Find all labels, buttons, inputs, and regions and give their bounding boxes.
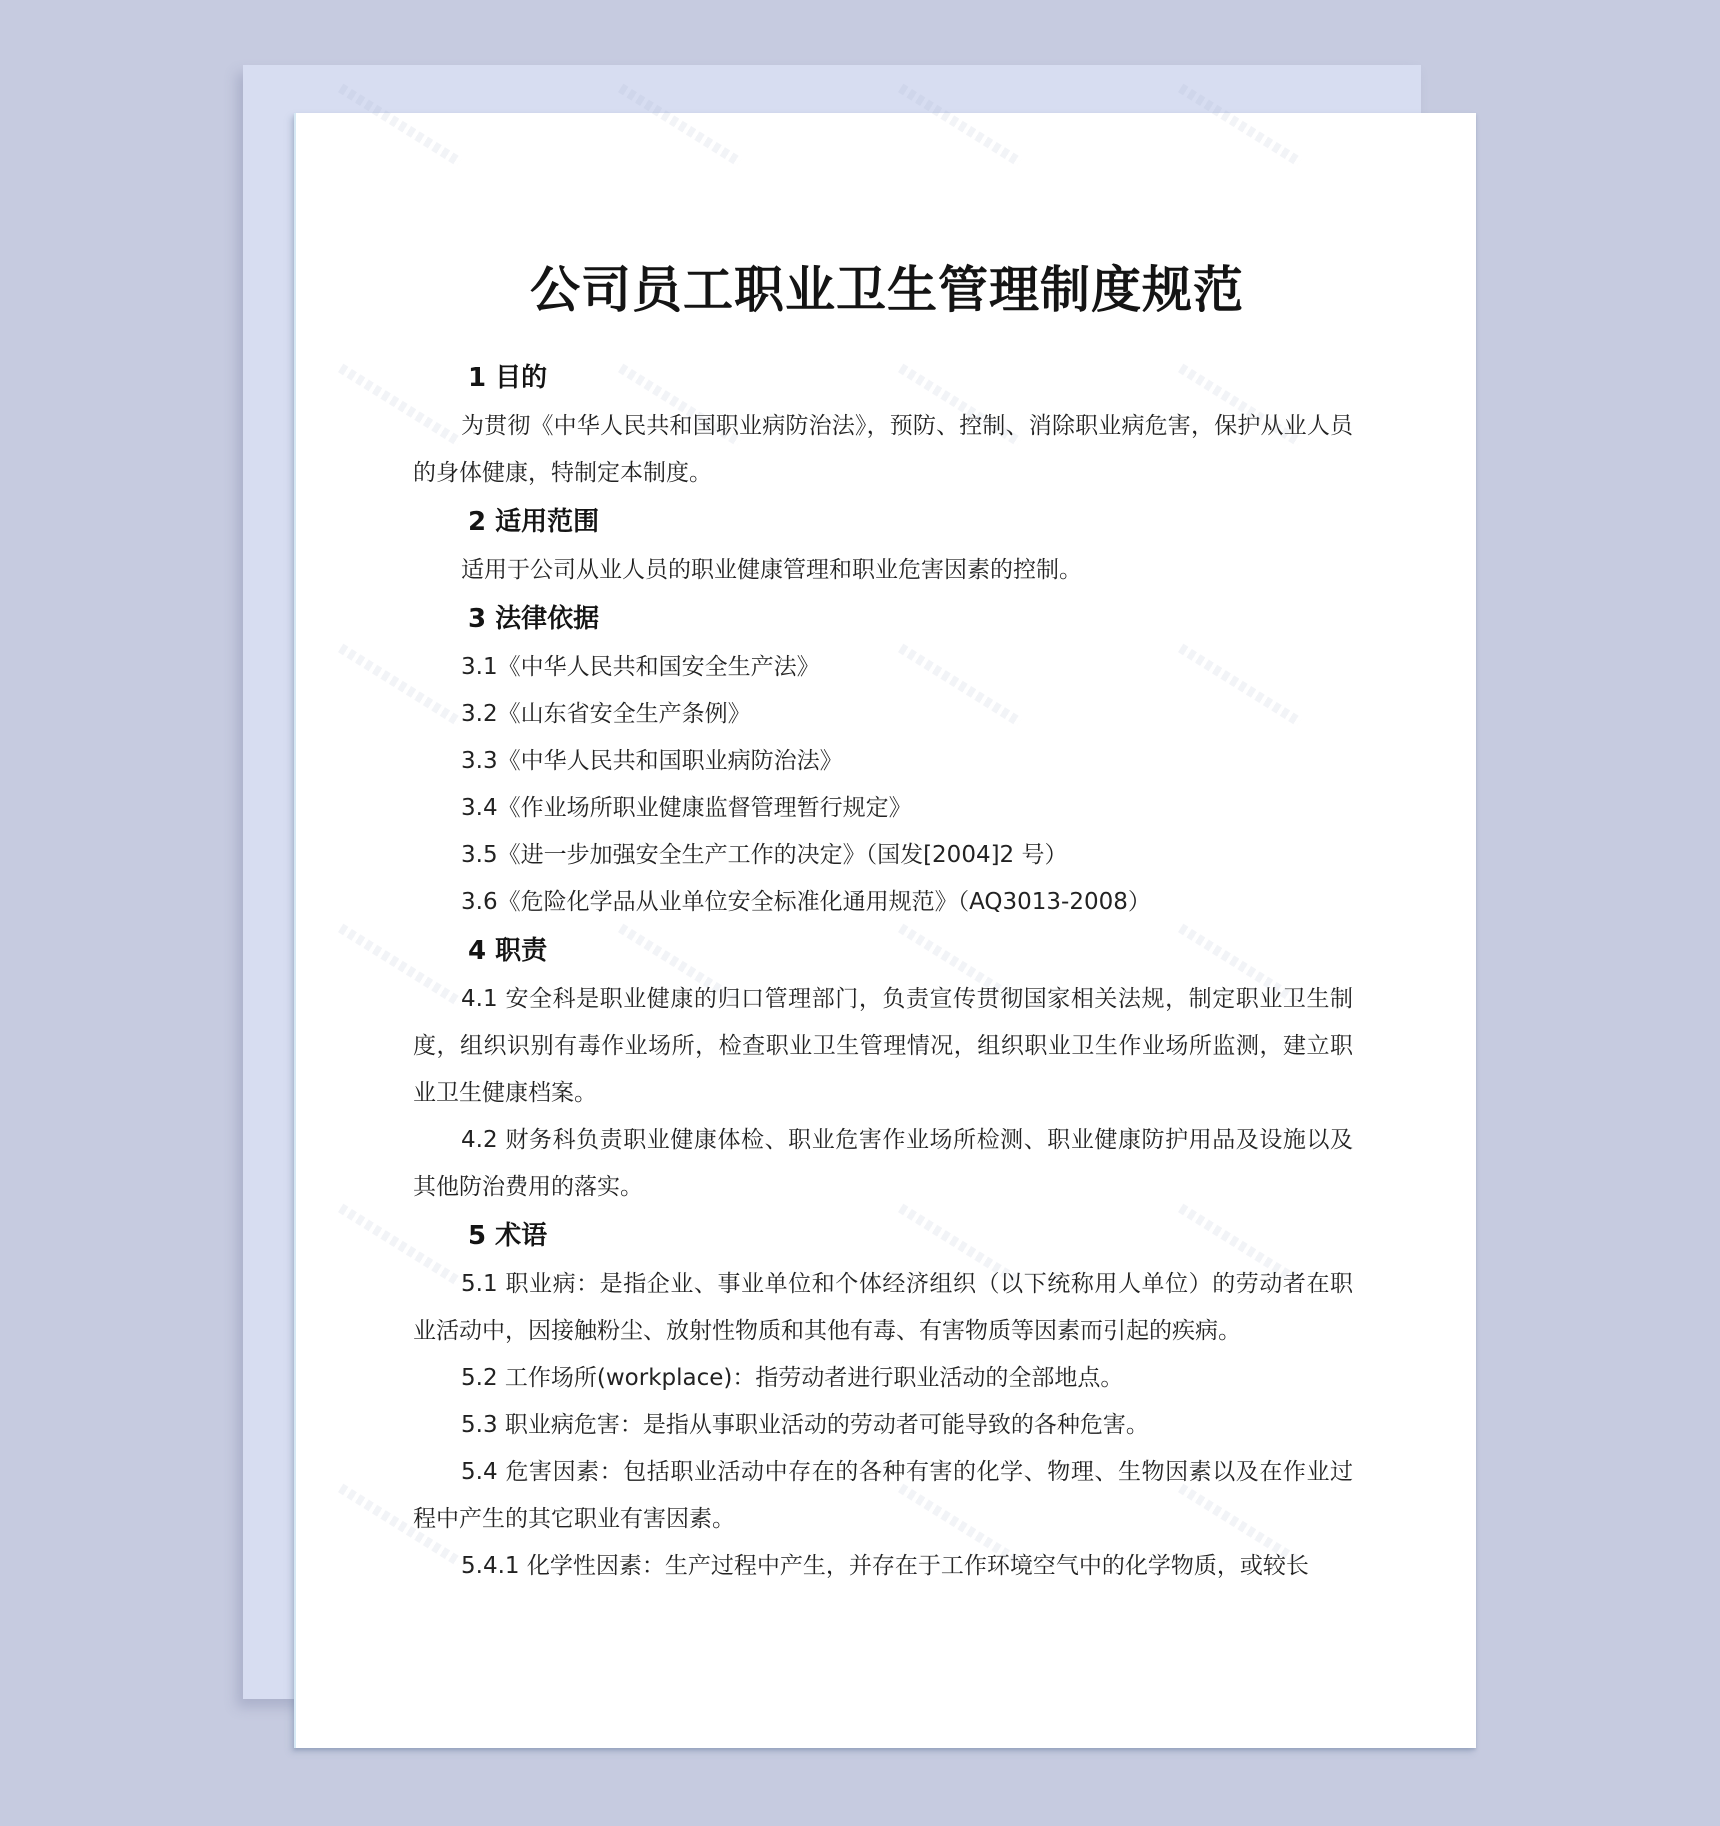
section-heading-scope: 2 适用范围 (413, 497, 1353, 547)
section-heading-legal-basis: 3 法律依据 (413, 594, 1353, 644)
list-item: 3.2《山东省安全生产条例》 (413, 691, 1353, 738)
paragraph: 5.2 工作场所(workplace)：指劳动者进行职业活动的全部地点。 (413, 1355, 1353, 1402)
paragraph: 适用于公司从业人员的职业健康管理和职业危害因素的控制。 (413, 547, 1353, 594)
list-item: 3.1《中华人民共和国安全生产法》 (413, 644, 1353, 691)
section-heading-responsibilities: 4 职责 (413, 926, 1353, 976)
document-body: 1 目的 为贯彻《中华人民共和国职业病防治法》，预防、控制、消除职业病危害，保护… (413, 353, 1353, 1590)
list-item: 3.4《作业场所职业健康监督管理暂行规定》 (413, 785, 1353, 832)
section-heading-purpose: 1 目的 (413, 353, 1353, 403)
list-item: 3.5《进一步加强安全生产工作的决定》（国发[2004]2 号） (413, 832, 1353, 879)
document-title: 公司员工职业卫生管理制度规范 (0, 250, 1720, 322)
paragraph: 为贯彻《中华人民共和国职业病防治法》，预防、控制、消除职业病危害，保护从业人员的… (413, 403, 1353, 497)
list-item: 3.3《中华人民共和国职业病防治法》 (413, 738, 1353, 785)
paragraph: 5.1 职业病：是指企业、事业单位和个体经济组织（以下统称用人单位）的劳动者在职… (413, 1261, 1353, 1355)
paragraph: 4.2 财务科负责职业健康体检、职业危害作业场所检测、职业健康防护用品及设施以及… (413, 1117, 1353, 1211)
list-item: 3.6《危险化学品从业单位安全标准化通用规范》（AQ3013-2008） (413, 879, 1353, 926)
paragraph: 5.3 职业病危害：是指从事职业活动的劳动者可能导致的各种危害。 (413, 1402, 1353, 1449)
paragraph: 4.1 安全科是职业健康的归口管理部门，负责宣传贯彻国家相关法规，制定职业卫生制… (413, 976, 1353, 1117)
paragraph: 5.4 危害因素：包括职业活动中存在的各种有害的化学、物理、生物因素以及在作业过… (413, 1449, 1353, 1543)
paragraph: 5.4.1 化学性因素：生产过程中产生，并存在于工作环境空气中的化学物质，或较长 (413, 1543, 1353, 1590)
section-heading-terms: 5 术语 (413, 1211, 1353, 1261)
